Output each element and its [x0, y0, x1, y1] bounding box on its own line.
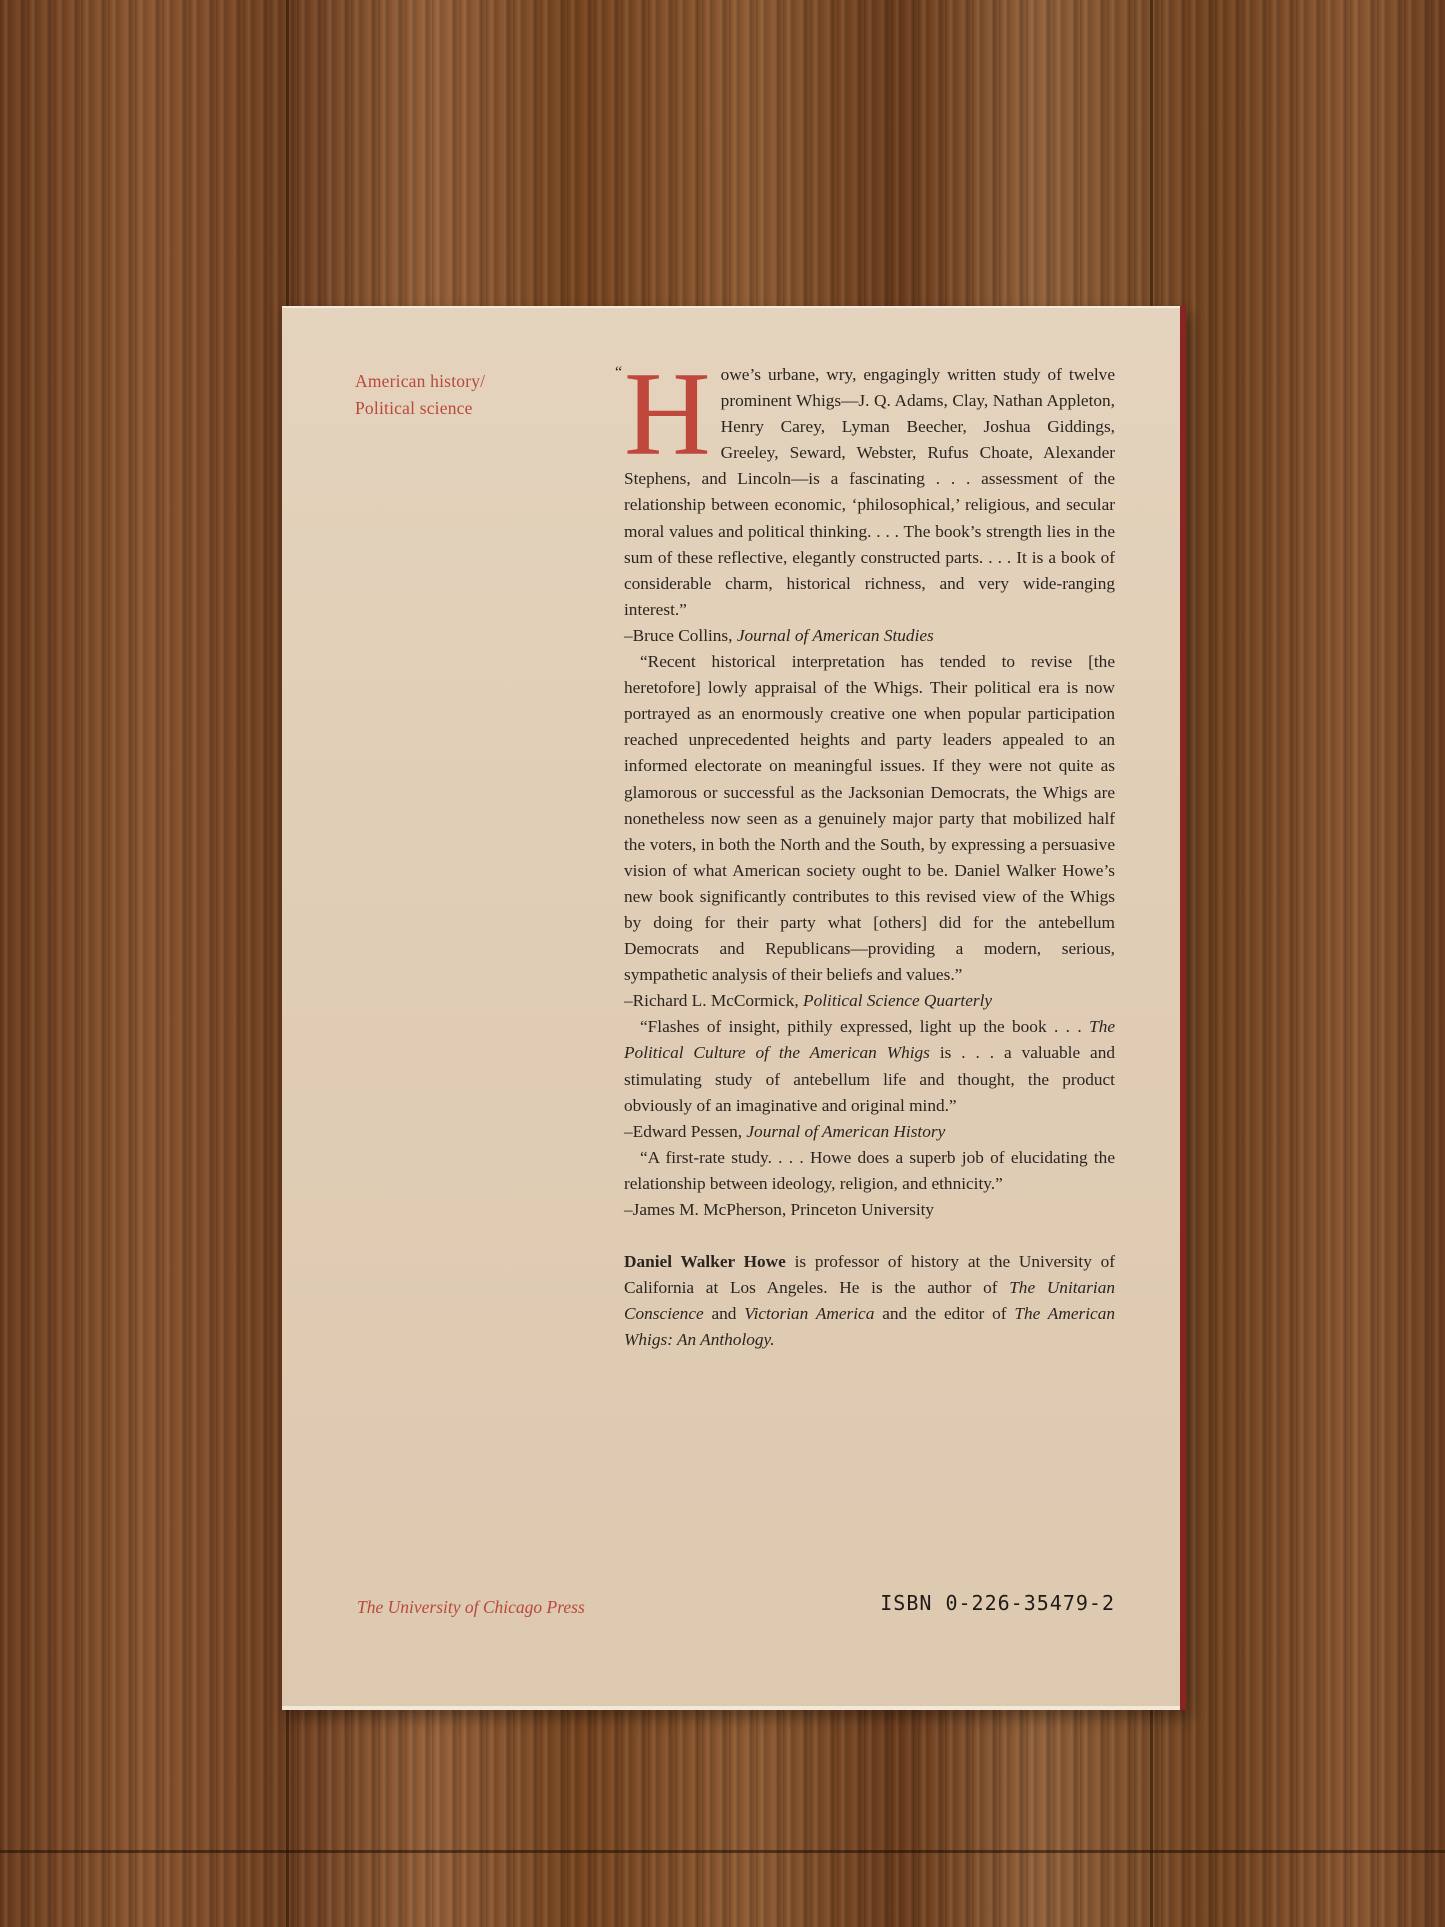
review-source: Political Science Quarterly	[803, 991, 992, 1010]
publisher-name: The University of Chicago Press	[357, 1597, 585, 1618]
bio-text: and the editor of	[874, 1304, 1014, 1323]
review-attribution: –James M. McPherson, Princeton Universit…	[624, 1197, 1115, 1223]
review-mccormick: “Recent historical interpretation has te…	[624, 649, 1115, 988]
floor-seam	[0, 1850, 1445, 1853]
bio-text: and	[704, 1304, 745, 1323]
subject-category: American history/ Political science	[355, 368, 525, 422]
review-source: Journal of American Studies	[737, 626, 934, 645]
author-name: Daniel Walker Howe	[624, 1252, 786, 1271]
author-bio: Daniel Walker Howe is professor of histo…	[624, 1249, 1115, 1353]
opening-quote-mark: “	[615, 360, 622, 386]
review-attribution: –Edward Pessen, Journal of American Hist…	[624, 1119, 1115, 1145]
blurb-column: “ Howe’s urbane, wry, engagingly written…	[624, 362, 1115, 1353]
book-back-cover: American history/ Political science “ Ho…	[282, 306, 1186, 1710]
category-line: Political science	[355, 395, 525, 422]
isbn: ISBN 0-226-35479-2	[880, 1591, 1115, 1615]
reviewer-name: –Edward Pessen,	[624, 1122, 746, 1141]
review-collins: Howe’s urbane, wry, engagingly written s…	[624, 362, 1115, 623]
drop-cap: H	[624, 368, 711, 460]
category-line: American history/	[355, 368, 525, 395]
review-attribution: –Richard L. McCormick, Political Science…	[624, 988, 1115, 1014]
review-text: “Flashes of insight, pithily expressed, …	[640, 1017, 1089, 1036]
reviewer-name: –Richard L. McCormick,	[624, 991, 803, 1010]
review-mcpherson: “A first-rate study. . . . Howe does a s…	[624, 1145, 1115, 1197]
reviewer-name: –Bruce Collins,	[624, 626, 737, 645]
book-title: Victorian America	[744, 1304, 874, 1323]
review-attribution: –Bruce Collins, Journal of American Stud…	[624, 623, 1115, 649]
review-source: Journal of American History	[746, 1122, 945, 1141]
review-pessen: “Flashes of insight, pithily expressed, …	[624, 1014, 1115, 1118]
